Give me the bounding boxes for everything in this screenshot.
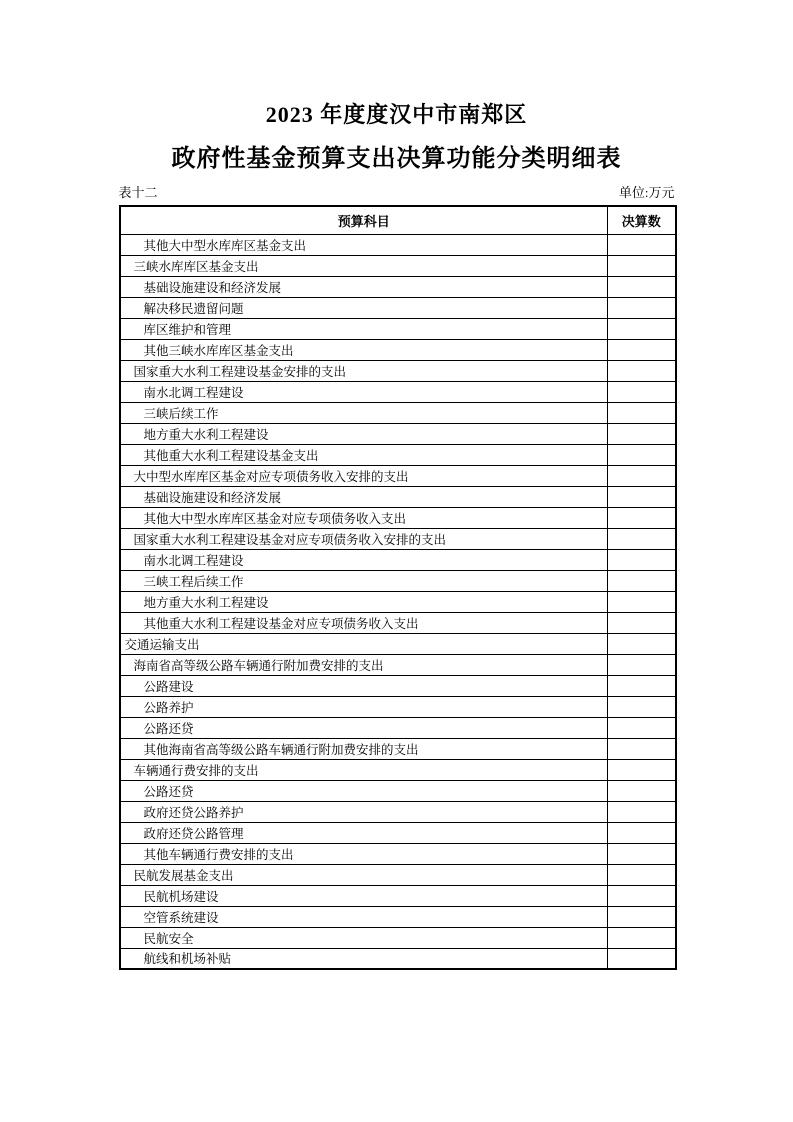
table-area: 表十二 单位:万元 预算科目 决算数 其他大中型水库库区基金支出三峡水库库区基金…: [119, 184, 675, 970]
budget-subject-cell: 基础设施建设和经济发展: [120, 486, 608, 507]
table-row: 南水北调工程建设: [120, 549, 676, 570]
table-row: 公路养护: [120, 696, 676, 717]
budget-subject-cell: 其他海南省高等级公路车辆通行附加费安排的支出: [120, 738, 608, 759]
table-row: 政府还贷公路管理: [120, 822, 676, 843]
budget-subject-cell: 地方重大水利工程建设: [120, 591, 608, 612]
final-amount-cell: [608, 948, 676, 969]
table-row: 基础设施建设和经济发展: [120, 276, 676, 297]
table-row: 其他三峡水库库区基金支出: [120, 339, 676, 360]
budget-subject-cell: 其他大中型水库库区基金支出: [120, 234, 608, 255]
column-header-budget-subject: 预算科目: [120, 206, 608, 234]
final-amount-cell: [608, 759, 676, 780]
table-row: 海南省高等级公路车辆通行附加费安排的支出: [120, 654, 676, 675]
table-row: 交通运输支出: [120, 633, 676, 654]
table-row: 公路还贷: [120, 717, 676, 738]
budget-subject-cell: 民航发展基金支出: [120, 864, 608, 885]
final-amount-cell: [608, 822, 676, 843]
budget-subject-cell: 三峡后续工作: [120, 402, 608, 423]
final-amount-cell: [608, 381, 676, 402]
table-row: 其他车辆通行费安排的支出: [120, 843, 676, 864]
final-amount-cell: [608, 549, 676, 570]
final-amount-cell: [608, 465, 676, 486]
budget-subject-cell: 南水北调工程建设: [120, 381, 608, 402]
final-amount-cell: [608, 696, 676, 717]
budget-subject-cell: 交通运输支出: [120, 633, 608, 654]
budget-subject-cell: 大中型水库库区基金对应专项债务收入安排的支出: [120, 465, 608, 486]
budget-subject-cell: 公路还贷: [120, 717, 608, 738]
budget-subject-cell: 公路还贷: [120, 780, 608, 801]
budget-subject-cell: 政府还贷公路养护: [120, 801, 608, 822]
table-row: 公路还贷: [120, 780, 676, 801]
final-amount-cell: [608, 801, 676, 822]
document-title-block: 2023 年度度汉中市南郑区 政府性基金预算支出决算功能分类明细表: [0, 0, 793, 175]
final-amount-cell: [608, 339, 676, 360]
final-amount-cell: [608, 423, 676, 444]
document-title-line1: 2023 年度度汉中市南郑区: [0, 100, 793, 130]
budget-subject-cell: 航线和机场补贴: [120, 948, 608, 969]
final-amount-cell: [608, 864, 676, 885]
final-amount-cell: [608, 633, 676, 654]
table-row: 航线和机场补贴: [120, 948, 676, 969]
table-row: 其他大中型水库库区基金对应专项债务收入支出: [120, 507, 676, 528]
budget-subject-cell: 空管系统建设: [120, 906, 608, 927]
budget-subject-cell: 解决移民遗留问题: [120, 297, 608, 318]
budget-subject-cell: 车辆通行费安排的支出: [120, 759, 608, 780]
budget-subject-cell: 海南省高等级公路车辆通行附加费安排的支出: [120, 654, 608, 675]
table-row: 民航安全: [120, 927, 676, 948]
final-amount-cell: [608, 402, 676, 423]
budget-subject-cell: 其他车辆通行费安排的支出: [120, 843, 608, 864]
final-amount-cell: [608, 276, 676, 297]
final-amount-cell: [608, 297, 676, 318]
table-row: 民航机场建设: [120, 885, 676, 906]
table-row: 地方重大水利工程建设: [120, 591, 676, 612]
table-meta-row: 表十二 单位:万元: [119, 184, 675, 202]
final-amount-cell: [608, 738, 676, 759]
final-amount-cell: [608, 927, 676, 948]
budget-subject-cell: 其他重大水利工程建设基金对应专项债务收入支出: [120, 612, 608, 633]
table-row: 空管系统建设: [120, 906, 676, 927]
table-number-label: 表十二: [119, 184, 158, 202]
final-amount-cell: [608, 906, 676, 927]
table-row: 其他海南省高等级公路车辆通行附加费安排的支出: [120, 738, 676, 759]
budget-subject-cell: 国家重大水利工程建设基金对应专项债务收入安排的支出: [120, 528, 608, 549]
final-amount-cell: [608, 255, 676, 276]
budget-subject-cell: 库区维护和管理: [120, 318, 608, 339]
table-row: 政府还贷公路养护: [120, 801, 676, 822]
document-page: 2023 年度度汉中市南郑区 政府性基金预算支出决算功能分类明细表 表十二 单位…: [0, 0, 793, 1122]
table-row: 解决移民遗留问题: [120, 297, 676, 318]
document-title-line2: 政府性基金预算支出决算功能分类明细表: [0, 143, 793, 175]
budget-subject-cell: 其他三峡水库库区基金支出: [120, 339, 608, 360]
table-row: 国家重大水利工程建设基金对应专项债务收入安排的支出: [120, 528, 676, 549]
table-row: 公路建设: [120, 675, 676, 696]
final-amount-cell: [608, 612, 676, 633]
table-row: 大中型水库库区基金对应专项债务收入安排的支出: [120, 465, 676, 486]
budget-subject-cell: 民航安全: [120, 927, 608, 948]
final-amount-cell: [608, 843, 676, 864]
budget-subject-cell: 公路建设: [120, 675, 608, 696]
final-amount-cell: [608, 444, 676, 465]
budget-subject-cell: 其他大中型水库库区基金对应专项债务收入支出: [120, 507, 608, 528]
final-amount-cell: [608, 318, 676, 339]
table-row: 三峡后续工作: [120, 402, 676, 423]
final-amount-cell: [608, 591, 676, 612]
final-amount-cell: [608, 486, 676, 507]
table-row: 基础设施建设和经济发展: [120, 486, 676, 507]
final-amount-cell: [608, 717, 676, 738]
final-amount-cell: [608, 675, 676, 696]
table-row: 南水北调工程建设: [120, 381, 676, 402]
budget-subject-cell: 基础设施建设和经济发展: [120, 276, 608, 297]
unit-label: 单位:万元: [619, 184, 675, 202]
budget-subject-cell: 地方重大水利工程建设: [120, 423, 608, 444]
table-header-row: 预算科目 决算数: [120, 206, 676, 234]
table-row: 地方重大水利工程建设: [120, 423, 676, 444]
table-row: 三峡工程后续工作: [120, 570, 676, 591]
table-row: 车辆通行费安排的支出: [120, 759, 676, 780]
budget-subject-cell: 南水北调工程建设: [120, 549, 608, 570]
final-amount-cell: [608, 780, 676, 801]
budget-subject-cell: 三峡工程后续工作: [120, 570, 608, 591]
budget-subject-cell: 三峡水库库区基金支出: [120, 255, 608, 276]
table-row: 其他重大水利工程建设基金对应专项债务收入支出: [120, 612, 676, 633]
budget-subject-cell: 其他重大水利工程建设基金支出: [120, 444, 608, 465]
final-amount-cell: [608, 360, 676, 381]
final-amount-cell: [608, 570, 676, 591]
table-row: 其他重大水利工程建设基金支出: [120, 444, 676, 465]
table-row: 其他大中型水库库区基金支出: [120, 234, 676, 255]
budget-subject-cell: 公路养护: [120, 696, 608, 717]
final-amount-cell: [608, 234, 676, 255]
budget-subject-cell: 政府还贷公路管理: [120, 822, 608, 843]
table-row: 国家重大水利工程建设基金安排的支出: [120, 360, 676, 381]
final-amount-cell: [608, 507, 676, 528]
column-header-final-amount: 决算数: [608, 206, 676, 234]
budget-subject-cell: 国家重大水利工程建设基金安排的支出: [120, 360, 608, 381]
budget-table: 预算科目 决算数 其他大中型水库库区基金支出三峡水库库区基金支出基础设施建设和经…: [119, 205, 677, 970]
final-amount-cell: [608, 654, 676, 675]
final-amount-cell: [608, 885, 676, 906]
table-row: 三峡水库库区基金支出: [120, 255, 676, 276]
table-row: 民航发展基金支出: [120, 864, 676, 885]
final-amount-cell: [608, 528, 676, 549]
table-row: 库区维护和管理: [120, 318, 676, 339]
budget-subject-cell: 民航机场建设: [120, 885, 608, 906]
